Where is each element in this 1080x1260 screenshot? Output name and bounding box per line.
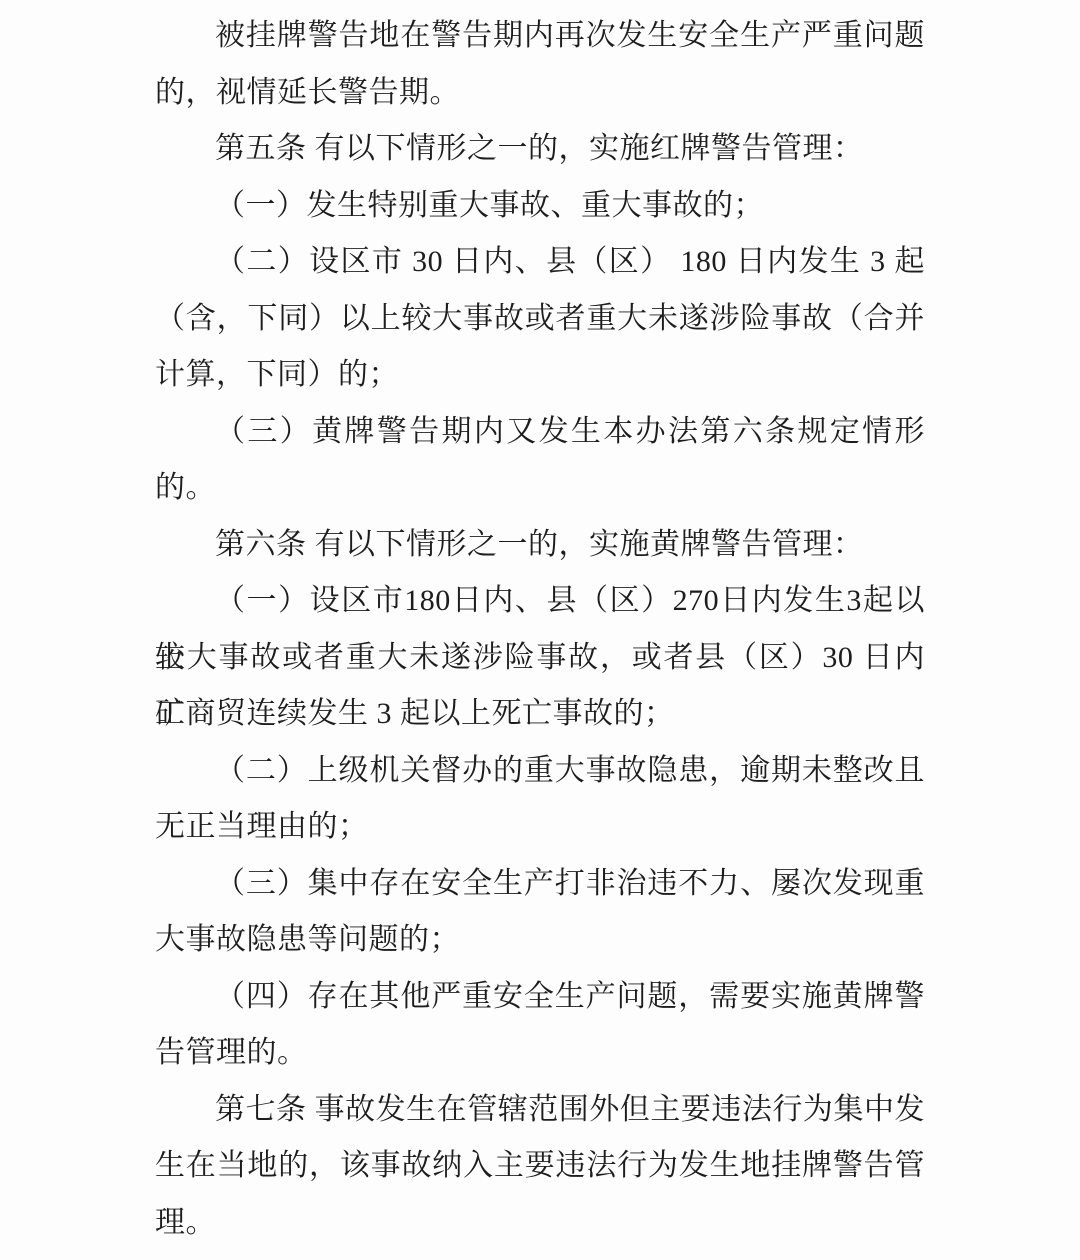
text-line: （四）存在其他严重安全生产问题，需要实施黄牌警 bbox=[155, 969, 925, 1026]
text-line: 第五条 有以下情形之一的，实施红牌警告管理： bbox=[155, 121, 925, 178]
text-line: （一）设区市180日内、县（区）270日内发生3起以上 bbox=[155, 573, 925, 630]
text-line: 第七条 事故发生在管辖范围外但主要违法行为集中发 bbox=[155, 1082, 925, 1139]
text-line: （三）黄牌警告期内又发生本办法第六条规定情形 bbox=[155, 404, 925, 461]
text-line: （含，下同）以上较大事故或者重大未遂涉险事故（合并 bbox=[155, 291, 925, 348]
text-line: （一）发生特别重大事故、重大事故的； bbox=[155, 178, 925, 235]
text-line: 的。 bbox=[155, 460, 925, 517]
text-line: 生在当地的，该事故纳入主要违法行为发生地挂牌警告管 bbox=[155, 1138, 925, 1195]
text-line: 理。 bbox=[155, 1195, 925, 1252]
text-line: 矿商贸连续发生 3 起以上死亡事故的； bbox=[155, 686, 925, 743]
text-line: （二）上级机关督办的重大事故隐患，逾期未整改且 bbox=[155, 743, 925, 800]
text-line: 计算，下同）的； bbox=[155, 347, 925, 404]
text-line: 无正当理由的； bbox=[155, 799, 925, 856]
text-line: 的，视情延长警告期。 bbox=[155, 65, 925, 122]
text-line: 较大事故或者重大未遂涉险事故，或者县（区）30 日内工 bbox=[155, 630, 925, 687]
text-line: 告管理的。 bbox=[155, 1025, 925, 1082]
text-line: 被挂牌警告地在警告期内再次发生安全生产严重问题 bbox=[155, 8, 925, 65]
text-line: 大事故隐患等问题的； bbox=[155, 912, 925, 969]
text-line: （三）集中存在安全生产打非治违不力、屡次发现重 bbox=[155, 856, 925, 913]
document-page: 被挂牌警告地在警告期内再次发生安全生产严重问题的，视情延长警告期。第五条 有以下… bbox=[0, 0, 1080, 1260]
text-line: 第六条 有以下情形之一的，实施黄牌警告管理： bbox=[155, 517, 925, 574]
text-line: （二）设区市 30 日内、县（区） 180 日内发生 3 起 bbox=[155, 234, 925, 291]
